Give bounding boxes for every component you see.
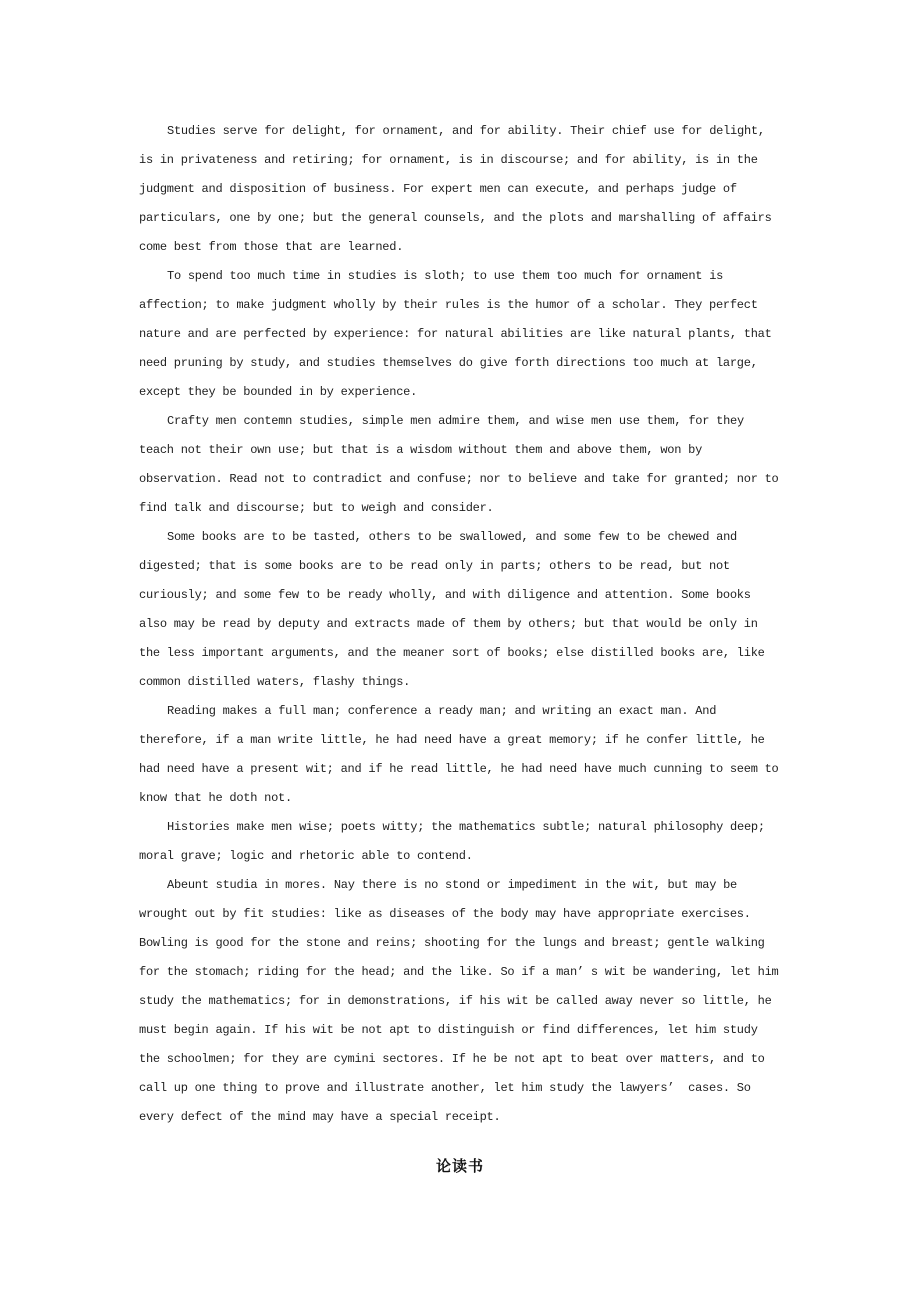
essay-body: Studies serve for delight, for ornament,… [139, 117, 839, 1132]
paragraph: Histories make men wise; poets witty; th… [139, 813, 839, 871]
paragraph: Studies serve for delight, for ornament,… [139, 117, 839, 262]
document-page: Studies serve for delight, for ornament,… [0, 0, 920, 1302]
paragraph: Abeunt studia in mores. Nay there is no … [139, 871, 839, 1132]
paragraph: To spend too much time in studies is slo… [139, 262, 839, 407]
paragraph: Crafty men contemn studies, simple men a… [139, 407, 839, 523]
document-title: 论读书 [0, 1155, 920, 1176]
paragraph: Reading makes a full man; conference a r… [139, 697, 839, 813]
paragraph: Some books are to be tasted, others to b… [139, 523, 839, 697]
